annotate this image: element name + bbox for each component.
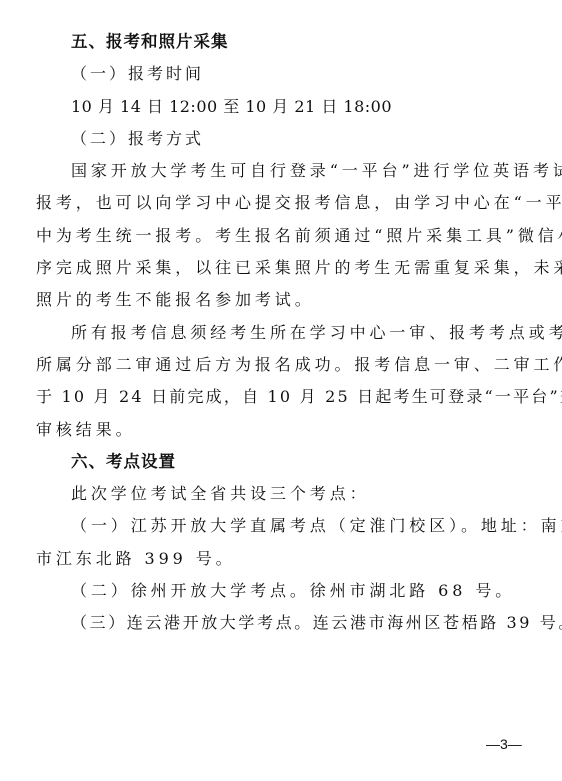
registration-time-value: 10 月 14 日 12:00 至 10 月 21 日 18:00 [36, 91, 518, 123]
paragraph-review-process: 所有报考信息须经考生所在学习中心一审、报考考点或考点 所属分部二审通过后方为报名… [36, 317, 518, 446]
paragraph-line: 所属分部二审通过后方为报名成功。报考信息一审、二审工作须 [36, 349, 518, 381]
paragraph-line: 报考，也可以向学习中心提交报考信息，由学习中心在“一平台” [36, 187, 518, 219]
section-heading-registration-photo: 五、报考和照片采集 [36, 26, 518, 58]
subsection-heading-registration-method: （二）报考方式 [36, 123, 518, 155]
exam-sites-intro: 此次学位考试全省共设三个考点： [36, 478, 518, 510]
paragraph-line: 市江东北路 399 号。 [36, 543, 518, 575]
subsection-heading-registration-time: （一）报考时间 [36, 58, 518, 90]
paragraph-line: 照片的考生不能报名参加考试。 [36, 284, 518, 316]
paragraph-line: 审核结果。 [36, 414, 518, 446]
exam-site-item: （三）连云港开放大学考点。连云港市海州区苍梧路 39 号。 [36, 607, 518, 639]
paragraph-line: 所有报考信息须经考生所在学习中心一审、报考考点或考点 [36, 317, 518, 349]
paragraph-line: 中为考生统一报考。考生报名前须通过“照片采集工具”微信小程 [36, 220, 518, 252]
paragraph-line: （二）徐州开放大学考点。徐州市湖北路 68 号。 [36, 575, 518, 607]
section-heading-exam-sites: 六、考点设置 [36, 446, 518, 478]
document-page: 五、报考和照片采集 （一）报考时间 10 月 14 日 12:00 至 10 月… [36, 26, 518, 640]
paragraph-registration-method: 国家开放大学考生可自行登录“一平台”进行学位英语考试 报考，也可以向学习中心提交… [36, 155, 518, 316]
paragraph-line: 于 10 月 24 日前完成，自 10 月 25 日起考生可登录“一平台”查询 [36, 381, 518, 413]
exam-site-item: （二）徐州开放大学考点。徐州市湖北路 68 号。 [36, 575, 518, 607]
paragraph-line: 国家开放大学考生可自行登录“一平台”进行学位英语考试 [36, 155, 518, 187]
paragraph-line: （一）江苏开放大学直属考点（定淮门校区）。地址：南京 [36, 510, 518, 542]
page-number: —3— [486, 736, 522, 752]
paragraph-line: 序完成照片采集，以往已采集照片的考生无需重复采集，未采集 [36, 252, 518, 284]
paragraph-line: （三）连云港开放大学考点。连云港市海州区苍梧路 39 号。 [36, 607, 518, 639]
exam-site-item: （一）江苏开放大学直属考点（定淮门校区）。地址：南京 市江东北路 399 号。 [36, 510, 518, 575]
